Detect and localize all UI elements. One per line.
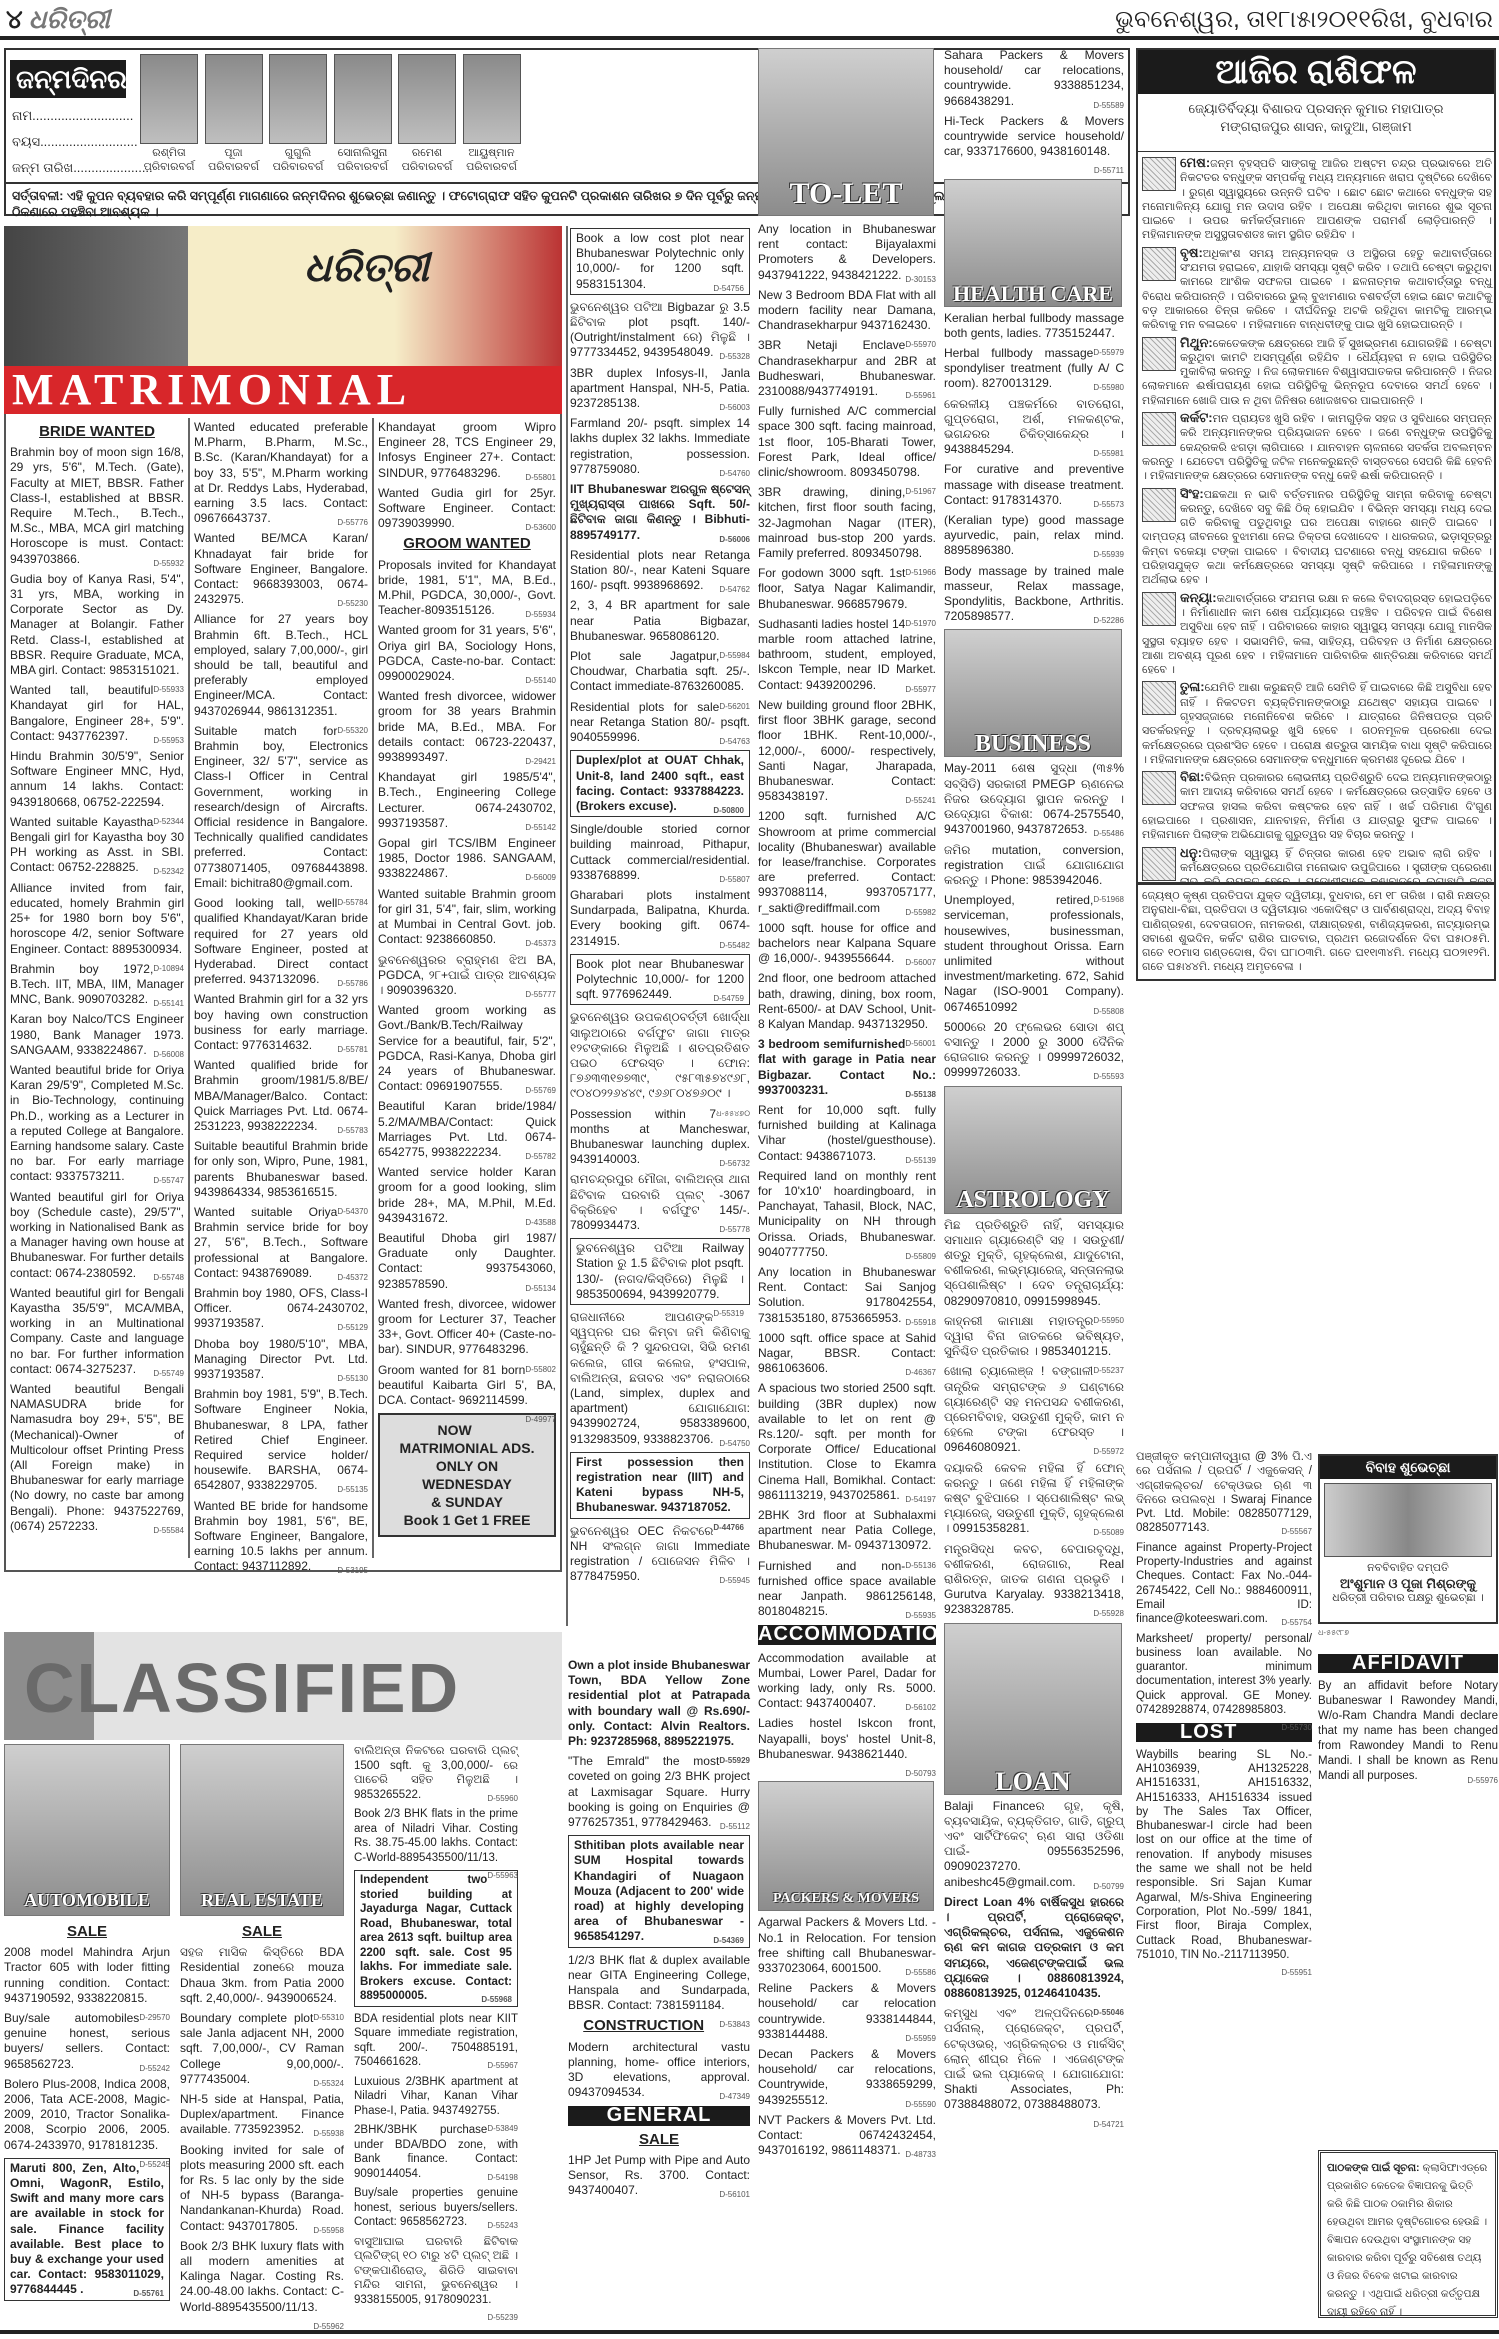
classified-ad: Book plot near Bhubaneswar Polytechnic 1… (570, 954, 750, 1006)
classified-ad: Any location in Bhubaneswar rent contact… (758, 222, 936, 283)
classified-ad: Suitable beautiful Brahmin bride for onl… (194, 1139, 368, 1200)
classified-ad: Wanted beautiful girl for Bengali Kayast… (10, 1286, 184, 1377)
birthday-person: ରଶ୍ମିତାପରିବାରବର୍ଗ (134, 146, 204, 174)
ad-code: D-55142 (525, 820, 556, 835)
classified-ad: ଭୁବନେଶ୍ୱର ଉପକଣ୍ଠବର୍ତ୍ତୀ ଖୋର୍ଦ୍ଧା ସାଲୁଅଠା… (570, 1010, 750, 1101)
classified-ad: 1/2/3 BHK flat & duplex available near G… (568, 1953, 750, 2014)
ad-code: D-55963 (487, 1869, 518, 1884)
classified-ad: Unemployed, retired, serviceman, profess… (944, 893, 1124, 1015)
classified-ad: Brahmin boy 1981, 5'9", B.Tech. Software… (194, 1387, 368, 1493)
couple-names: ଅଂଶୁମାନ ଓ ପୂଜା ମିଶ୍ରଙ୍କୁ (1320, 1576, 1496, 1591)
classified-ad: Book 2/3 BHK luxury flats with all moder… (180, 2239, 344, 2315)
classified-ad: Farmland 20/- psqft. simplex 14 lakhs du… (570, 416, 750, 477)
ad-code: D-55140 (525, 673, 556, 688)
classified-heading: CLASSIFIED (24, 1648, 460, 1728)
classified-ad: New 3 Bedroom BDA Flat with all modern f… (758, 288, 936, 334)
classified-ad: ଭୁବନେଶ୍ୱର ପଟିଆ Railway Station ରୁ 1.5 ଛି… (570, 1238, 750, 1305)
classified-ad: Dhoba boy 1980/5'10", MBA, Managing Dire… (194, 1337, 368, 1383)
ad-code: D-56001 (905, 1036, 936, 1051)
classified-ad: 3BR duplex Infosys-II, Janla apartment H… (570, 366, 750, 412)
classified-ad: Brahmin boy of moon sign 16/8, 29 yrs, 5… (10, 445, 184, 567)
wedding-wish: ବିବାହ ଶୁଭେଚ୍ଛା ନବବିବାହିତ ଦମ୍ପତି ଅଂଶୁମାନ … (1318, 1454, 1498, 1624)
classified-ad: Luxuious 2/3BHK apartment at Niladri Vih… (354, 2075, 518, 2119)
ad-code: D-54756 (713, 281, 744, 296)
ad-code: D-56008 (153, 1047, 184, 1062)
classified-ad: 1000 sqft. house for office and bachelor… (758, 921, 936, 967)
couple-photo (1324, 1483, 1492, 1557)
classified-ad: ବାଲିଅନ୍ତା ନିକଟରେ ଘରବାରି ପ୍ଲଟ୍ 1500 sqft.… (354, 1744, 518, 1802)
ad-code: D-54721 (1093, 2117, 1124, 2132)
ad-code: D-55573 (1093, 497, 1124, 512)
classified-ad: Beautiful Dhoba girl 1987/ Graduate only… (378, 1231, 556, 1292)
classified-ad: 2BHK 3rd floor at Subhalaxmi apartment n… (758, 1508, 936, 1554)
ad-code: D-55141 (153, 996, 184, 1011)
ad-code: D-56101 (719, 2187, 750, 2202)
ad-code: D-55589 (1093, 98, 1124, 113)
ad-code: D-55979 (1093, 345, 1124, 360)
ad-code: D-54750 (719, 1436, 750, 1451)
ad-code: D-54370 (337, 1204, 368, 1219)
ad-code: D-55808 (1093, 1004, 1124, 1019)
ad-code: D-55939 (1093, 547, 1124, 562)
ad-code: D-55959 (905, 2031, 936, 2046)
ad-code: D-55130 (337, 1371, 368, 1386)
ad-code: D-55239 (487, 2311, 518, 2326)
ad-code: D-55139 (905, 1153, 936, 1168)
horoscope-sign: ଧନୁ:ପିଲାଙ୍କ ସ୍ୱାସ୍ଥ୍ୟ ହିଁ ଚିନ୍ତାର କାରଣ ହ… (1142, 846, 1492, 884)
ad-code: D-52342 (153, 864, 184, 879)
horoscope-sign: କର୍କଟ:ମନ ପ୍ରାୟତଃ ଖୁସି ରହିବ । କାମଗୁଡ଼ିକ ସ… (1142, 411, 1492, 483)
ad-code: D-55938 (313, 2126, 344, 2141)
classified-ad: ପଞ୍ଜୀକୃତ କମ୍ପାନୀଦ୍ୱାରା @ 3% ପି.ଏ ରେ ପର୍ସ… (1136, 1450, 1312, 1536)
classified-ad: (Keralian type) good massage ayurvedic, … (944, 513, 1124, 559)
scorpio-icon (1142, 771, 1176, 805)
matrimonial-section: BRIDE WANTED Brahmin boy of moon sign 16… (4, 414, 562, 1572)
classified-ad: Ladies hostel Iskcon front, Nayapalli, b… (758, 1716, 936, 1762)
birthday-photo (463, 54, 521, 144)
ad-code: D-55761 (133, 2286, 164, 2301)
classified-ad: କମ୍‌ସୁଧ ଏବଂ ଅଳ୍ପଦିନରେ ପର୍ସନାଲ୍, ପ୍ରୋଜେକ୍… (944, 2006, 1124, 2112)
classified-ad: Wanted fresh divorcee, widower groom for… (378, 689, 556, 765)
classified-ad: Reline Packers & Movers household/ car r… (758, 1981, 936, 2042)
birthday-photo (398, 54, 456, 144)
name-field: ନାମ............................ (12, 108, 133, 124)
birthday-photo (334, 54, 392, 144)
automobile-column: SALE 2008 model Mahindra Arjun Tractor 6… (4, 1920, 170, 2306)
horoscope-box: ଆଜିର ରାଶିଫଳ ଜ୍ୟୋତିର୍ବିଦ୍ୟା ବିଶାରଦ ପ୍ରସନ୍… (1136, 48, 1496, 884)
ad-code: D-53195 (337, 1563, 368, 1578)
classified-ad: Wanted suitable Brahmin groom for girl 3… (378, 887, 556, 948)
ad-code: D-29570 (139, 2010, 170, 2025)
leo-icon (1142, 488, 1176, 522)
top-rule (0, 36, 1499, 40)
ad-code: D-52344 (153, 814, 184, 829)
lost-notice: Waybills bearing SL No.- AH1036939, AH13… (1136, 1748, 1312, 1962)
taurus-icon (1142, 247, 1176, 281)
ad-code: D-53600 (525, 520, 556, 535)
ad-code: D-55243 (487, 2219, 518, 2234)
ad-code: D-55970 (905, 337, 936, 352)
wedding-title: ବିବାହ ଶୁଭେଚ୍ଛା (1320, 1456, 1496, 1479)
ad-code: D-29421 (525, 754, 556, 769)
ad-code: D-55935 (905, 1608, 936, 1623)
classified-ad: କେରଳୀୟ ପଞ୍ଚକର୍ମରେ ବାତରୋଗ, ଗୁପ୍ତରୋଗ, ଅର୍ଶ… (944, 397, 1124, 458)
classified-ad: For curative and preventive massage with… (944, 462, 1124, 508)
masthead: ୪ଧରିତ୍ରୀ ଭୁବନେଶ୍ୱର, ତା୧୮ା୫ା୨୦୧୧ରିଖ, ବୁଧବ… (0, 0, 1499, 36)
ad-code: D-55319 (713, 1306, 744, 1321)
classified-ad: Single/double storied cornor building ma… (570, 822, 750, 883)
ad-code: D-55776 (337, 515, 368, 530)
classified-ad: First possession then registration near … (570, 1452, 750, 1519)
classified-ad: Balaji Financeର ଗୃହ, କୃଷି, ବ୍ୟବସାୟିକ, ବ୍… (944, 1799, 1124, 1890)
ad-code: D-55310 (313, 2010, 344, 2025)
classified-ad: A spacious two storied 2500 sqft. buildi… (758, 1381, 936, 1503)
loan-image: LOAN (944, 1623, 1122, 1795)
classified-ad: Gudia boy of Kanya Rasi, 5'4", 31 yrs, M… (10, 572, 184, 678)
matrimonial-banner: ଧରିତ୍ରୀ MATRIMONIAL (4, 226, 562, 414)
ad-code: D-55747 (153, 1173, 184, 1188)
horoscope-signs: ମେଷ:ଜନ୍ମ ବୃହସ୍ପତି ସାଙ୍ଗକୁ ଆଜିର ଅଷ୍ଟମ ଚନ୍… (1142, 156, 1492, 884)
classified-ad: 1HP Jet Pump with Pipe and Auto Sensor, … (568, 2153, 750, 2199)
classified-ad: ଦୟାକରି କେବଳ ମହିଳା ହିଁ ଫୋନ୍ କରନ୍ତୁ । ଜଣେ … (944, 1461, 1124, 1537)
ad-code: D-54198 (487, 2171, 518, 2186)
ad-code: D-55783 (337, 1123, 368, 1138)
affidavit-section: AFFIDAVIT By an affidavit before Notary … (1318, 1648, 1498, 1789)
ad-code: D-55135 (337, 1482, 368, 1497)
classified-ad: Alliance for 27 years boy Brahmin 6ft. B… (194, 612, 368, 718)
ad-code: D-55590 (905, 2097, 936, 2112)
age-field: ବୟସ........................... (12, 134, 138, 150)
healthcare-image: HEALTH CARE (944, 179, 1122, 307)
matrimonial-promo: NOWMATRIMONIAL ADS.ONLY ONWEDNESDAY& SUN… (378, 1413, 556, 1537)
classified-ad: Maruti 800, Zen, Alto, Omni, WagonR, Est… (4, 2158, 170, 2301)
matrimonial-heading: MATRIMONIAL (4, 366, 562, 414)
classified-ad: BDA residential plots near KIIT Square i… (354, 2012, 518, 2070)
birthday-photo (140, 54, 198, 144)
classified-ad: Rent for 10,000 sqft. fully furnished bu… (758, 1103, 936, 1164)
ad-code: D-55242 (139, 2061, 170, 2076)
ad-code: D-55324 (313, 2076, 344, 2091)
ad-code: D-55230 (337, 596, 368, 611)
ad-code: D-56003 (719, 400, 750, 415)
classified-ad: Wanted groom for 31 years, 5'6", Oriya g… (378, 623, 556, 684)
classified-ad: Keralian herbal fullbody massage both ge… (944, 311, 1124, 341)
classified-ad: Modern architectural vastu planning, hom… (568, 2040, 750, 2101)
classified-ad: Required land on monthly rent for 10'x10… (758, 1169, 936, 1260)
classified-ad: Gopal girl TCS/IBM Engineer 1985, Doctor… (378, 836, 556, 882)
ad-code: D-55918 (905, 1315, 936, 1330)
classified-ad: Sahara Packers & Movers household/ car r… (944, 48, 1124, 109)
ad-code: D-52286 (1093, 613, 1124, 628)
horoscope-sign: ବିଛା:ବିଭିନ୍ନ ପ୍ରକାରର ଲୋଭନୀୟ ପ୍ରତିଶ୍ରୁତି … (1142, 770, 1492, 842)
ad-code: D-47349 (719, 2089, 750, 2104)
classified-ad: Buy/sale properties genuine honest, seri… (354, 2186, 518, 2230)
classified-ad: ସହଜ ମାସିକ କିସ୍ତିରେ BDA Residential zoneର… (180, 1945, 344, 2006)
classified-ad: 5000ରେ 20 ଫ୍ଲେଭର ସୋଡା ଶପ୍ ବସାନ୍ତୁ । 2000… (944, 1020, 1124, 1081)
classified-ad: Booking invited for sale of plots measur… (180, 2143, 344, 2234)
matrimonial-column-3: Khandayat groom Wipro Engineer 28, TCS E… (378, 420, 556, 1537)
ad-code: D-55801 (525, 470, 556, 485)
classified-ad: Duplex/plot at OUAT Chhak, Unit-8, land … (570, 750, 750, 817)
ad-code: D-55138 (905, 1087, 936, 1102)
classified-ad: Wanted beautiful girl for Oriya boy (Sch… (10, 1190, 184, 1281)
classified-ad: Any location in Bhubaneswar Rent. Contac… (758, 1265, 936, 1326)
classified-ad: Khandayat girl 1985/5'4", B.Tech., Engin… (378, 770, 556, 831)
ad-code: D-48733 (905, 2147, 936, 2162)
ad-code: D-30153 (905, 272, 936, 287)
classified-ad: Wanted qualified bride for Brahmin groom… (194, 1058, 368, 1134)
ad-code: D-54760 (719, 466, 750, 481)
ad-code: D-55778 (719, 1222, 750, 1237)
ad-code: D-55960 (487, 1792, 518, 1807)
paper-logo: ଧରିତ୍ରୀ (304, 246, 429, 291)
ad-code: D-55786 (337, 976, 368, 991)
ad-code: D-51967 (905, 484, 936, 499)
ad-code: D-56007 (905, 955, 936, 970)
birthdate-field: ଜନ୍ମ ତାରିଖ...................... (12, 160, 153, 176)
panjika-box: ଜ୍ୟେଷ୍ଠ କୃଷ୍ଣ ପ୍ରତିପଦା ଯୁକ୍ତ ଦ୍ୱିତୀୟା, ବ… (1136, 884, 1496, 981)
ad-code: D-55807 (719, 872, 750, 887)
matrimonial-column-1: BRIDE WANTED Brahmin boy of moon sign 16… (10, 420, 184, 1539)
ad-code: D-54763 (719, 734, 750, 749)
ad-code: D-55802 (525, 1362, 556, 1377)
matrimonial-column-2: Wanted educated preferable M.Pharm, B.Ph… (194, 420, 368, 1580)
ad-code: D-55977 (905, 682, 936, 697)
services-column: Sahara Packers & Movers household/ car r… (944, 48, 1124, 2132)
ad-code: D-55136 (905, 1558, 936, 1573)
ad-code: D-55928 (1093, 1606, 1124, 1621)
ad-code: D-55748 (153, 1270, 184, 1285)
virgo-icon (1142, 592, 1176, 626)
classified-ad: 2nd floor, one bedroom attached bath, dr… (758, 971, 936, 1032)
ad-code: D-55961 (905, 388, 936, 403)
horoscope-title: ଆଜିର ରାଶିଫଳ (1138, 50, 1494, 94)
ad-code: D-55953 (153, 733, 184, 748)
estate-column-3: Own a plot inside Bhubaneswar Town, BDA … (568, 1658, 750, 2204)
classified-ad: Wanted BE bride for handsome Brahmin boy… (194, 1499, 368, 1575)
birthday-title: ଜନ୍ମଦିନର ଶୁଭେଚ୍ଛା (10, 60, 126, 98)
classified-ad: Marksheet/ property/ personal/ business … (1136, 1632, 1312, 1718)
birthday-photo (269, 54, 327, 144)
ad-code: D-55567 (1281, 1525, 1312, 1539)
classified-ad: ରାମଚନ୍ଦ୍ରପୁର ମୌଜା, ବାଲିଅନ୍ତା ଥାନା ଛିଟିବା… (570, 1172, 750, 1233)
ad-code: D-55241 (905, 793, 936, 808)
groom-wanted-header: GROOM WANTED (378, 536, 556, 551)
ad-code: D-55328 (719, 349, 750, 364)
classified-ad: ଜମିର mutation, conversion, registration … (944, 843, 1124, 889)
estate-sale-column: SALE ସହଜ ମାସିକ କିସ୍ତିରେ BDA Residential … (180, 1920, 344, 2334)
ad-code: D-55982 (905, 905, 936, 920)
ad-code: D-54762 (719, 582, 750, 597)
classified-ad: NVT Packers & Movers Pvt. Ltd. Contact: … (758, 2113, 936, 2159)
birthday-person: ଗୁଗୁଲିପରିବାରବର୍ଗ (263, 146, 333, 174)
ad-code: D-55754 (1281, 1616, 1312, 1630)
ad-code: D-54369 (713, 1933, 744, 1948)
ad-code: D-51966 (905, 565, 936, 580)
ad-code: D-55320 (337, 723, 368, 738)
classified-ad: Wanted groom working as Govt./Bank/B.Tec… (378, 1003, 556, 1094)
birthday-person: ସୋନାଲିସୁନାପରିବାରବର୍ଗ (328, 146, 398, 174)
birthday-person: ରମେଶପରିବାରବର୍ଗ (392, 146, 462, 174)
horoscope-sign: କନ୍ୟା:କଥାବାର୍ତ୍ତାରେ ସଂଯମତା ରକ୍ଷା ନ କଲେ ବ… (1142, 591, 1492, 678)
classified-ad: ଭୁବନେଶ୍ୱରର ବ୍ରାହ୍ମଣ ଝିଅ BA, PGDCA, ୨୮+ପା… (378, 953, 556, 999)
ad-code: D-46367 (905, 1365, 936, 1380)
bride-wanted-header: BRIDE WANTED (10, 424, 184, 439)
ad-code: D-55749 (153, 1366, 184, 1381)
ad-code: D-54759 (713, 991, 744, 1006)
classified-ad: Wanted educated preferable M.Pharm, B.Ph… (194, 420, 368, 526)
ad-code: D-55934 (525, 607, 556, 622)
automobile-image: AUTOMOBILE (4, 1744, 170, 1916)
classified-ad: Wanted Brahmin girl for a 32 yrs boy hav… (194, 992, 368, 1053)
ad-code: D-45373 (525, 936, 556, 951)
general-header: GENERAL (568, 2106, 750, 2125)
tolet-column: Any location in Bhubaneswar rent contact… (758, 222, 936, 2163)
realestate-column: Book a low cost plot near Bhubaneswar Po… (570, 228, 750, 1589)
astrology-image: ASTROLOGY (944, 1086, 1122, 1214)
classified-ad: Direct Loan 4% ବାର୍ଷିକସୁଧ ହାରରେ । ପ୍ରପର୍… (944, 1895, 1124, 2001)
classified-ad: New building ground floor 2BHK, first fl… (758, 698, 936, 804)
classified-ad: Book a low cost plot near Bhubaneswar Po… (570, 228, 750, 295)
classified-ad: ବାସୁଆଘାଇ ଘରବାରି ଛିଟିବାକ ପ୍ଲଟିଙ୍ଗ୍ ୧୦ ଟାର… (354, 2235, 518, 2308)
ad-code: D-55968 (481, 1993, 512, 2008)
classified-ad: Gharabari plots instalment Sundarpada, B… (570, 888, 750, 949)
dateline: ଭୁବନେଶ୍ୱର, ତା୧୮ା୫ା୨୦୧୧ରିଖ, ବୁଧବାର (1115, 6, 1493, 34)
classified-ad: Book 2/3 BHK flats in the prime area of … (354, 1807, 518, 1865)
ad-code: D-51970 (905, 616, 936, 631)
classified-ad: ମନ୍ତ୍ରସିଦ୍ଧ କବଚ, ବେପାରବୃଦ୍ଧି, ବଶୀକରଣ, ରୋ… (944, 1542, 1124, 1618)
horoscope-sign: ମେଷ:ଜନ୍ମ ବୃହସ୍ପତି ସାଙ୍ଗକୁ ଆଜିର ଅଷ୍ଟମ ଚନ୍… (1142, 156, 1492, 243)
estate-column-2: ବାଲିଅନ୍ତା ନିକଟରେ ଘରବାରି ପ୍ଲଟ୍ 1500 sqft.… (354, 1744, 518, 2326)
classified-ad: Body massage by trained male masseur, Re… (944, 564, 1124, 625)
classified-ad: Wanted beautiful Bengali NAMASUDRA bride… (10, 1382, 184, 1534)
classified-ad: Brahmin boy 1980, OFS, Class-I Officer. … (194, 1286, 368, 1332)
ad-code: D-50800 (713, 803, 744, 818)
ad-code: D-55984 (719, 648, 750, 663)
realestate-image: REAL ESTATE (180, 1744, 344, 1916)
classified-ad: Agarwal Packers & Movers Ltd. - No.1 in … (758, 1915, 936, 1976)
ad-code: D-55245 (139, 2157, 170, 2172)
birthday-photo (205, 54, 263, 144)
ad-code: D-55112 (720, 1819, 750, 1834)
classified-ad: 2, 3, 4 BR apartment for sale near Patia… (570, 598, 750, 644)
classified-banner: CLASSIFIED (4, 1632, 562, 1740)
classified-ad: Independent two storied building at Jaya… (354, 1870, 518, 2007)
ad-code: D-50799 (1093, 1879, 1124, 1894)
classified-ad: Hindu Brahmin 30/5'9", Senior Software E… (10, 749, 184, 810)
ad-code: D-55933 (153, 682, 184, 697)
ad-code: D-55486 (1093, 826, 1124, 841)
ad-code: D-55711 (1094, 163, 1124, 178)
accommodation-header: ACCOMMODATION (758, 1625, 936, 1644)
classified-ad: Alliance invited from fair, educated, ho… (10, 881, 184, 957)
classified-ad: Hi-Teck Packers & Movers countrywide ser… (944, 114, 1124, 160)
ad-code: D-55584 (153, 1523, 184, 1538)
ad-code: D-56102 (905, 1700, 936, 1715)
gemini-icon (1142, 337, 1176, 371)
bottom-rule (0, 2330, 1499, 2334)
ad-code: D-55777 (525, 987, 556, 1002)
classified-ad: 2008 model Mahindra Arjun Tractor 605 wi… (4, 1945, 170, 2006)
classified-ad: Karan boy Nalco/TCS Engineer 1980, Bank … (10, 1012, 184, 1058)
classified-ad: Residential plots near Retanga Station 8… (570, 548, 750, 594)
ad-code: D-55809 (905, 1249, 936, 1264)
ad-code: D-55967 (487, 2059, 518, 2074)
packers-image: PACKERS & MOVERS (758, 1781, 934, 1911)
horoscope-author: ଜ୍ୟୋତିର୍ବିଦ୍ୟା ବିଶାରଦ ପ୍ରସନ୍ନ କୁମାର ମହାପ… (1138, 94, 1494, 152)
ad-code: D-55769 (525, 1083, 556, 1098)
ad-code: D-55046 (1093, 2005, 1124, 2020)
classified-ad: 1200 sqft. furnished A/C Showroom at pri… (758, 809, 936, 915)
birthday-person: ପୂଜାପରିବାରବର୍ଗ (199, 146, 269, 174)
ad-code: D-51968 (1093, 892, 1124, 907)
ad-code: D-55784 (337, 895, 368, 910)
sagittarius-icon (1142, 847, 1176, 881)
libra-icon (1142, 681, 1176, 715)
classified-ad: IIT Bhubaneswar ଅରଗୁଳ ଷ୍ଟେସନ୍ ମୁଖ୍ୟରାସ୍ତ… (570, 482, 750, 543)
classified-ad: Own a plot inside Bhubaneswar Town, BDA … (568, 1658, 750, 1749)
ad-code: D-49977 (525, 1412, 556, 1427)
classified-ad: 1000 sqft. office space at Sahid Nagar, … (758, 1331, 936, 1377)
ad-code: D-56009 (525, 870, 556, 885)
ad-code: D-55958 (313, 2223, 344, 2238)
ad-code: D-53849 (487, 2122, 518, 2137)
ad-code: D-55950 (1093, 1313, 1124, 1328)
classified-ad: Wanted beautiful bride for Oriya Karan 2… (10, 1063, 184, 1185)
ad-code: D-55932 (153, 556, 184, 571)
ad-code: D-56732 (719, 1156, 750, 1171)
ad-code: D-54197 (905, 1492, 936, 1507)
horoscope-sign: ତୁଳା:ଯେମିତି ଆଶା କରୁଛନ୍ତି ଆଜି ସେମିତି ହିଁ … (1142, 680, 1492, 767)
classified-ad: NH-5 side at Hanspal, Patia, Duplex/apar… (180, 2092, 344, 2138)
ad-code: D-55237 (1093, 1363, 1124, 1378)
horoscope-sign: ବୃଷ:ଅଧିକାଂଶ ସମୟ ଅନ୍ୟମନସ୍କ ଓ ଅସ୍ଥିରତା ହେତ… (1142, 246, 1492, 333)
birthday-person: ଆୟୁଷ୍ମାନପରିବାରବର୍ଗ (457, 146, 527, 174)
ad-code: D-45372 (337, 1270, 368, 1285)
classified-ad: Sthitiban plots available near SUM Hospi… (568, 1835, 750, 1947)
classified-ad: Accommodation available at Mumbai, Lower… (758, 1651, 936, 1712)
ad-code: D-55781 (337, 1042, 368, 1057)
classified-ad: Bolero Plus-2008, Indica 2008, 2006, Tat… (4, 2077, 170, 2153)
classified-ad: ମିଛ ପ୍ରତିଶ୍ରୁତି ନାହିଁ, ସମସ୍ୟାର ସମାଧାନ ଗ୍… (944, 1218, 1124, 1309)
horoscope-sign: ସିଂହ:ପଛକଥା ନ ଭାବି ବର୍ତ୍ତମାନର ପରିସ୍ଥିତିକୁ… (1142, 487, 1492, 588)
ad-code: D-55782 (525, 1149, 556, 1164)
classified-ad: ଭୁବନେଶ୍ୱର ପଟିଆ Bigbazar ରୁ 3.5 ଛିଟିବାକ p… (570, 300, 750, 361)
classified-ad: Beautiful Karan bride/1984/ 5.2/MA/MBA/C… (378, 1099, 556, 1160)
ad-code: D-10894 (153, 961, 184, 976)
ad-code: D-53843 (719, 2017, 750, 2032)
ad-code: D-43588 (525, 1215, 556, 1230)
ad-code: D-55134 (525, 1281, 556, 1296)
classified-ad: Wanted service holder Karan groom for a … (378, 1165, 556, 1226)
classified-ad: Khandayat groom Wipro Engineer 28, TCS E… (378, 420, 556, 481)
classified-ad: Fully furnished A/C commercial space 300… (758, 404, 936, 480)
classified-ad: Proposals invited for Khandayat bride, 1… (378, 558, 556, 619)
affidavit-header: AFFIDAVIT (1318, 1654, 1498, 1673)
ad-code: D-55482 (719, 938, 750, 953)
ad-code: D-56201 (719, 699, 750, 714)
business-image: BUSINESS (944, 629, 1122, 757)
ad-code: ଧ-୫୫୪୭୦ (716, 1106, 750, 1121)
classified-ad: Wanted fresh, divorcee, widower groom fo… (378, 1297, 556, 1358)
ad-code: D-55929 (719, 1753, 750, 1768)
classified-ad: ରାଜଧାନୀରେ ଆପଣଙ୍କ ସ୍ୱପ୍ନର ଘର କିମ୍ବା ଜମି କ… (570, 1310, 750, 1447)
page-number: ୪ଧରିତ୍ରୀ (6, 4, 110, 36)
ad-code: D-55945 (719, 1573, 750, 1588)
classified-ad: Suitable match for Brahmin boy, Electron… (194, 724, 368, 891)
ad-code: D-55586 (905, 1965, 936, 1980)
reader-notice: ପାଠକଙ୍କ ପାଇଁ ସୂଚନା: କ୍ଲାସିଫାଏଡ୍‌ରେ ପ୍ରକା… (1318, 2150, 1498, 2318)
